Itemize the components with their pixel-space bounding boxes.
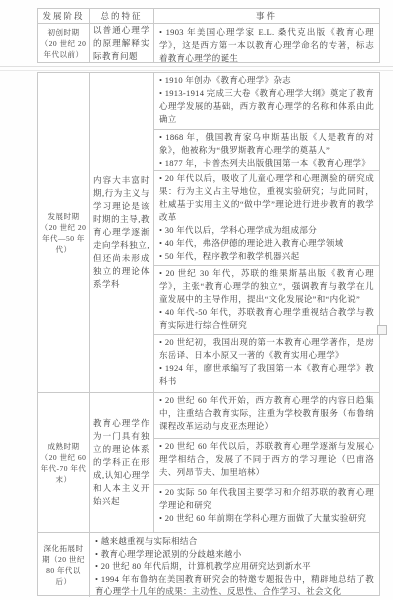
event-cell: • 1903 年美国心理学家 E.L. 桑代克出版《教育心理学》，这是西方第一本… <box>153 24 379 63</box>
event-bullet: • 20 世纪 80 年代后期，计算机教学应用研究达到新水平 <box>90 560 379 573</box>
stage-cell: 发展时期（20 世纪 20 年代—50 年代） <box>38 73 89 392</box>
table-section-top: 发展阶段 总的特征 事件 初创时期（20 世纪 20 年代以前） 以普通心理学的… <box>37 8 380 63</box>
column-header-feature: 总的特征 <box>89 9 153 23</box>
event-bullet: • 20 世纪 60 年代开始，西方教育心理学的内容日趋集中，注重结合教育实际，… <box>154 394 379 433</box>
event-bullet: • 1913-1914 完成三大卷《教育心理学大纲》奠定了教育心理学发展的基础，… <box>154 87 379 126</box>
document-page: 发展阶段 总的特征 事件 初创时期（20 世纪 20 年代以前） 以普通心理学的… <box>0 0 393 600</box>
event-bullet: • 20 年代以后，吸收了儿童心理学和心理测验的研究成果：行为主义占主导地位，重… <box>154 172 379 224</box>
event-cell: • 1868 年，俄国教育家乌申斯基出版《人是教育的对象》，他被称为“俄罗斯教育… <box>154 129 379 170</box>
event-bullet: • 教育心理学理论派别的分歧越来越小 <box>90 548 379 561</box>
table-row-mature-period: 成熟时期（20 世纪 60 年代-70 年代末） 教育心理学作为一门具有独立的理… <box>38 392 379 532</box>
event-bullet: • 20 世纪 60 年前期在学科心理方面做了大量实验研究 <box>154 512 379 525</box>
margin-marker-icon <box>377 325 387 335</box>
merged-event-cell: • 越来越重视与实际相结合 • 教育心理学理论派别的分歧越来越小 • 20 世纪… <box>89 533 379 597</box>
table-row-development-period: 发展时期（20 世纪 20 年代—50 年代） 内容大丰富时期,行为主义与学习理… <box>38 73 379 392</box>
event-bullet: • 20 世纪初，我国出现的第一本教育心理学著作，是房东岳译、日本小原又一著的《… <box>154 336 379 362</box>
event-cell: • 20 世纪 60 年代以后，苏联教育心理学逐渐与发展心理学相结合，发展了不同… <box>154 438 379 485</box>
feature-text: 以普通心理学的原理解释实际教育问题 <box>93 24 150 63</box>
stage-cell: 深化拓展时期（20 世纪 80 年代以后） <box>38 533 89 597</box>
event-bullet: • 20 世纪 60 年代以后，苏联教育心理学逐渐与发展心理学相结合，发展了不同… <box>154 440 379 479</box>
feature-cell: 教育心理学作为一门具有独立的理论体系的学科正在形成,认知心理学和人本主义开始兴起 <box>89 393 153 532</box>
table-row-deepening-period: 深化拓展时期（20 世纪 80 年代以后） • 越来越重视与实际相结合 • 教育… <box>38 532 379 597</box>
event-bullet: • 20 世纪 30 年代，苏联的维果斯基出版《教育心理学》，主张“教育心理学的… <box>154 267 379 306</box>
feature-cell: 以普通心理学的原理解释实际教育问题 <box>89 24 153 63</box>
event-bullet: • 40 年代，弗洛伊德的理论进入教育心理学领域 <box>154 237 379 250</box>
table-row-initial-period: 初创时期（20 世纪 20 年代以前） 以普通心理学的原理解释实际教育问题 • … <box>38 23 379 63</box>
event-cell: • 1910 年创办《教育心理学》杂志 • 1913-1914 完成三大卷《教育… <box>154 73 379 129</box>
feature-cell: 内容大丰富时期,行为主义与学习理论是该时期的主导,教育心理学逐渐走向学科独立,但… <box>89 73 153 392</box>
event-bullet: • 1877 年，卡普杰列夫出版俄国第一本《教育心理学》 <box>154 157 379 170</box>
stage-cell: 初创时期（20 世纪 20 年代以前） <box>38 24 89 63</box>
event-bullet: • 40 年代-50 年代，苏联教育心理学重视结合教学与教育实际进行综合性研究 <box>154 306 379 332</box>
event-bullet: • 50 年代，程序教学和教学机器兴起 <box>154 250 379 263</box>
feature-text: 内容大丰富时期,行为主义与学习理论是该时期的主导,教育心理学逐渐走向学科独立,但… <box>93 174 150 291</box>
event-bullet: • 越来越重视与实际相结合 <box>90 535 379 548</box>
feature-text: 教育心理学作为一门具有独立的理论体系的学科正在形成,认知心理学和人本主义开始兴起 <box>93 417 150 508</box>
event-column: • 1910 年创办《教育心理学》杂志 • 1913-1914 完成三大卷《教育… <box>153 73 379 392</box>
event-bullet: • 1994 年布鲁纳在美国教育研究会的特邀专题报告中，精辟地总结了教育心理学十… <box>90 573 379 598</box>
event-cell: • 20 实际 50 年代我国主要学习和介绍苏联的教育心理学理论和研究 • 20… <box>154 484 379 532</box>
event-bullet: • 1910 年创办《教育心理学》杂志 <box>154 74 379 87</box>
event-column: • 20 世纪 60 年代开始，西方教育心理学的内容日趋集中，注重结合教育实际，… <box>153 393 379 532</box>
event-cell: • 20 世纪初，我国出现的第一本教育心理学著作，是房东岳译、日本小原又一著的《… <box>154 334 379 392</box>
column-header-stage: 发展阶段 <box>38 9 89 23</box>
table-section-bottom: 发展时期（20 世纪 20 年代—50 年代） 内容大丰富时期,行为主义与学习理… <box>37 72 380 596</box>
event-cell: • 20 年代以后，吸收了儿童心理学和心理测验的研究成果：行为主义占主导地位，重… <box>154 170 379 265</box>
table-header-row: 发展阶段 总的特征 事件 <box>38 9 379 23</box>
event-cell: • 20 世纪 30 年代，苏联的维果斯基出版《教育心理学》，主张“教育心理学的… <box>154 265 379 334</box>
column-header-event: 事件 <box>153 9 379 23</box>
event-bullet: • 30 年代以后，学科心理学成为组成部分 <box>154 224 379 237</box>
event-cell: • 20 世纪 60 年代开始，西方教育心理学的内容日趋集中，注重结合教育实际，… <box>154 393 379 438</box>
event-bullet: • 1868 年，俄国教育家乌申斯基出版《人是教育的对象》，他被称为“俄罗斯教育… <box>154 131 379 157</box>
event-bullet: • 20 实际 50 年代我国主要学习和介绍苏联的教育心理学理论和研究 <box>154 486 379 512</box>
event-bullet: • 1924 年，廖世承编写了我国第一本《教育心理学》教科书 <box>154 362 379 388</box>
event-bullet: • 1903 年美国心理学家 E.L. 桑代克出版《教育心理学》，这是西方第一本… <box>154 26 379 63</box>
stage-cell: 成熟时期（20 世纪 60 年代-70 年代末） <box>38 393 89 532</box>
page-break-line-top <box>0 66 393 67</box>
page-break-line-bottom <box>0 70 393 71</box>
